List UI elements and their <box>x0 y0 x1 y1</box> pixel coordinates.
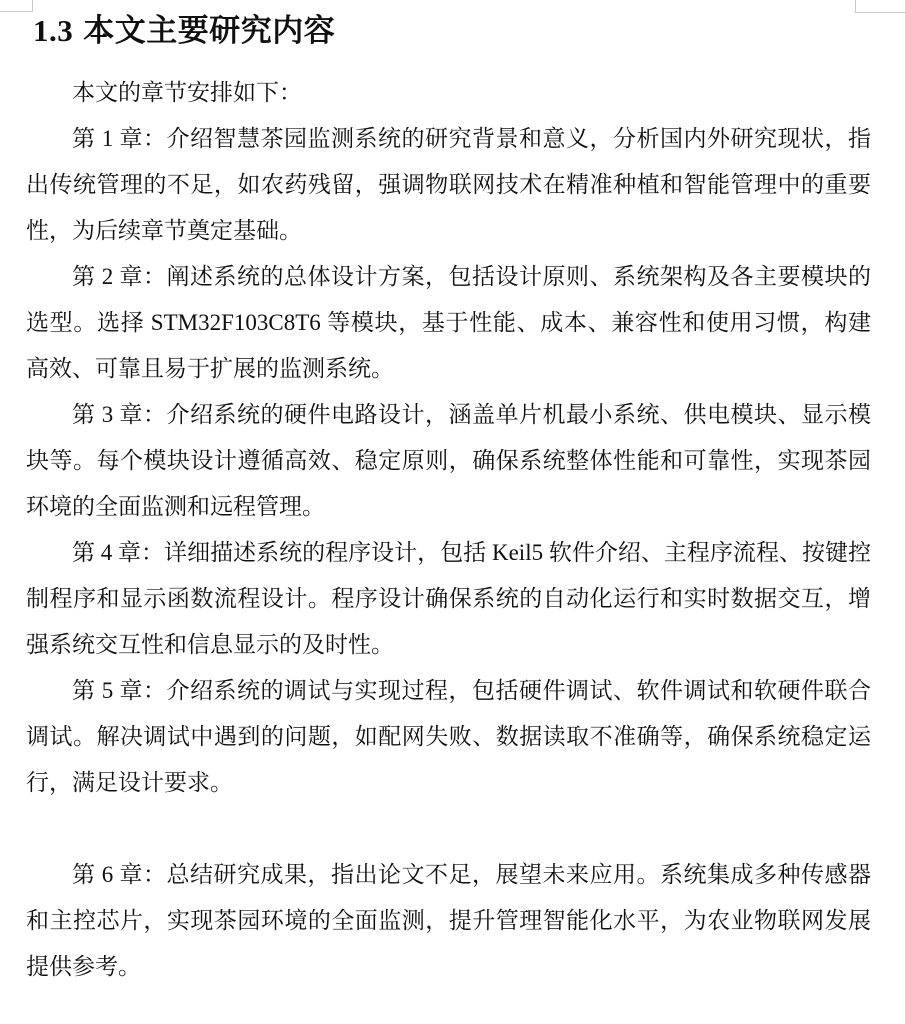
chapter-paragraph-3: 第 3 章：介绍系统的硬件电路设计，涵盖单片机最小系统、供电模块、显示模块等。每… <box>26 392 871 530</box>
chapter-paragraph-4: 第 4 章：详细描述系统的程序设计，包括 Keil5 软件介绍、主程序流程、按键… <box>26 530 871 668</box>
chapter-paragraph-5: 第 5 章：介绍系统的调试与实现过程，包括硬件调试、软件调试和软硬件联合调试。解… <box>26 668 871 806</box>
section-number: 1.3 <box>33 13 73 48</box>
intro-line: 本文的章节安排如下： <box>26 70 871 116</box>
section-title: 本文主要研究内容 <box>83 13 335 48</box>
document-page: 1.3本文主要研究内容 本文的章节安排如下： 第 1 章：介绍智慧茶园监测系统的… <box>0 0 905 1024</box>
chapter-paragraph-2: 第 2 章：阐述系统的总体设计方案，包括设计原则、系统架构及各主要模块的选型。选… <box>26 254 871 392</box>
section-heading: 1.3本文主要研究内容 <box>33 12 871 50</box>
chapter-paragraph-1: 第 1 章：介绍智慧茶园监测系统的研究背景和意义，分析国内外研究现状，指出传统管… <box>26 116 871 254</box>
chapter-paragraph-6: 第 6 章：总结研究成果，指出论文不足，展望未来应用。系统集成多种传感器和主控芯… <box>26 852 871 990</box>
text-boundary-mark-top-right <box>855 0 905 13</box>
text-boundary-mark-top-left <box>0 0 33 12</box>
